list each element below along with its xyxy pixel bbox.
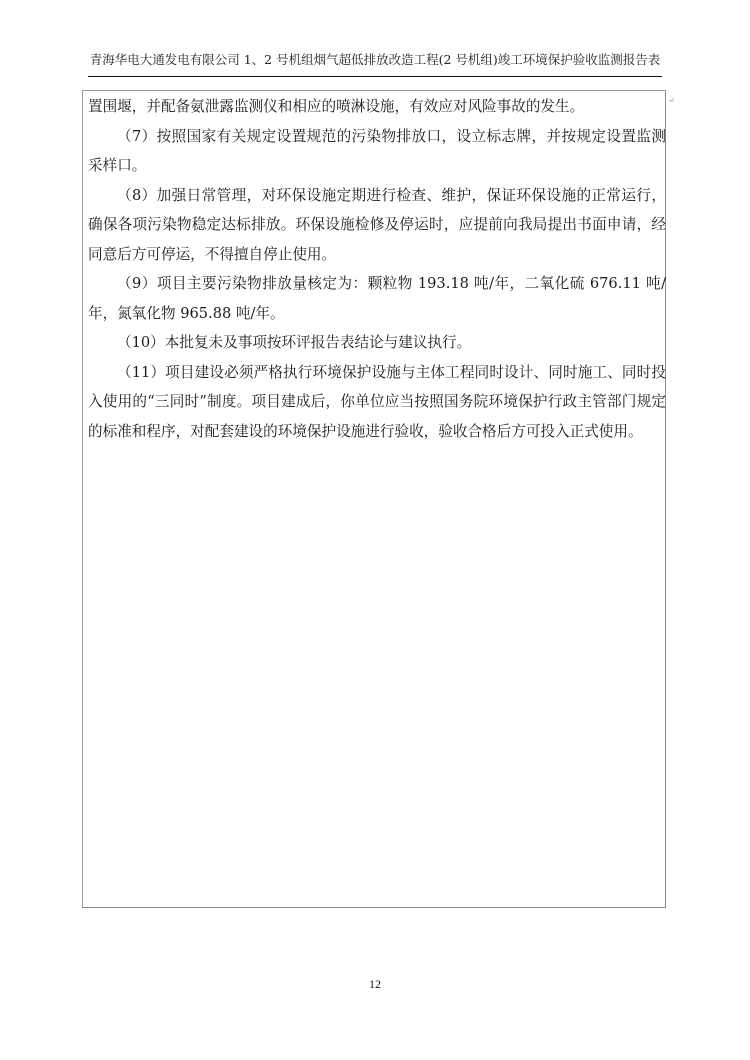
page-header-title: 青海华电大通发电有限公司 1、2 号机组烟气超低排放改造工程(2 号机组)竣工环…	[88, 50, 662, 68]
paragraph-item-7: （7）按照国家有关规定设置规范的污染物排放口，设立标志牌，并按规定设置监测采样口…	[88, 122, 666, 181]
approval-text-body: 置围堰，并配备氨泄露监测仪和相应的喷淋设施，有效应对风险事故的发生。 （7）按照…	[88, 92, 666, 446]
paragraph-continuation: 置围堰，并配备氨泄露监测仪和相应的喷淋设施，有效应对风险事故的发生。	[88, 92, 666, 122]
paragraph-item-11: （11）项目建设必须严格执行环境保护设施与主体工程同时设计、同时施工、同时投入使…	[88, 358, 666, 447]
paragraph-item-9: （9）项目主要污染物排放量核定为：颗粒物 193.18 吨/年，二氧化硫 676…	[88, 269, 666, 328]
page-number: 12	[0, 977, 750, 992]
paragraph-item-8: （8）加强日常管理，对环保设施定期进行检查、维护，保证环保设施的正常运行，确保各…	[88, 181, 666, 270]
paragraph-item-10: （10）本批复未及事项按环评报告表结论与建议执行。	[88, 328, 666, 358]
paragraph-mark-icon: ↵	[668, 96, 675, 105]
header-divider	[88, 76, 662, 77]
